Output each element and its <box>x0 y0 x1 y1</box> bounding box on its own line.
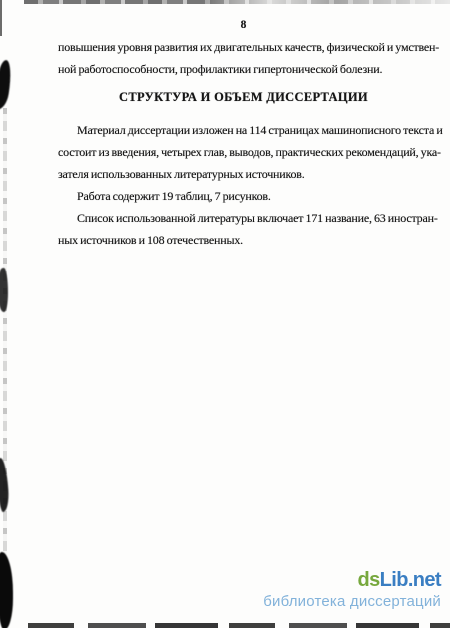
intro-paragraph: повышения уровня развития их двигательны… <box>58 36 429 80</box>
scanned-document-page: 8 повышения уровня развития их двигатель… <box>0 0 450 628</box>
text-line: зателя использованных литературных источ… <box>58 163 429 185</box>
text-line: состоит из введения, четырех глав, вывод… <box>58 141 429 163</box>
text-line: Материал диссертации изложен на 114 стра… <box>58 119 429 141</box>
text-line: Список использованной литературы включае… <box>58 207 429 229</box>
scan-ink-blob-upper-left <box>0 59 14 110</box>
scan-smudge-bottom-edge <box>28 623 450 628</box>
dslib-logo-prefix: ds <box>358 569 380 591</box>
scan-streak-left-edge <box>3 108 7 566</box>
body-paragraph: Список использованной литературы включае… <box>58 207 429 251</box>
body-paragraphs: Материал диссертации изложен на 114 стра… <box>58 119 429 251</box>
body-paragraph: Материал диссертации изложен на 114 стра… <box>58 119 429 185</box>
text-line: Работа содержит 19 таблиц, 7 рисунков. <box>58 185 429 207</box>
scan-ink-blob-middle-left <box>0 268 8 312</box>
section-heading: СТРУКТУРА И ОБЪЕМ ДИССЕРТАЦИИ <box>58 86 429 108</box>
text-line: ной работоспособности, профилактики гипе… <box>58 58 429 80</box>
dslib-logo-suffix: Lib.net <box>380 569 441 591</box>
scan-smudge-top-edge <box>24 0 450 4</box>
dslib-subtitle: библиотека диссертаций <box>263 594 441 609</box>
text-line: ных источников и 108 отечественных. <box>58 229 429 251</box>
text-line: повышения уровня развития их двигательны… <box>58 36 429 58</box>
dslib-watermark: dsLib.net библиотека диссертаций <box>263 570 441 609</box>
scan-mark-top-left-edge <box>0 0 2 36</box>
page-number: 8 <box>58 19 429 31</box>
dslib-logo: dsLib.net <box>263 570 441 590</box>
body-paragraph: Работа содержит 19 таблиц, 7 рисунков. <box>58 185 429 207</box>
scan-ink-blob-bottom-left <box>0 552 13 628</box>
scan-ink-blob-lower-left <box>0 458 10 513</box>
